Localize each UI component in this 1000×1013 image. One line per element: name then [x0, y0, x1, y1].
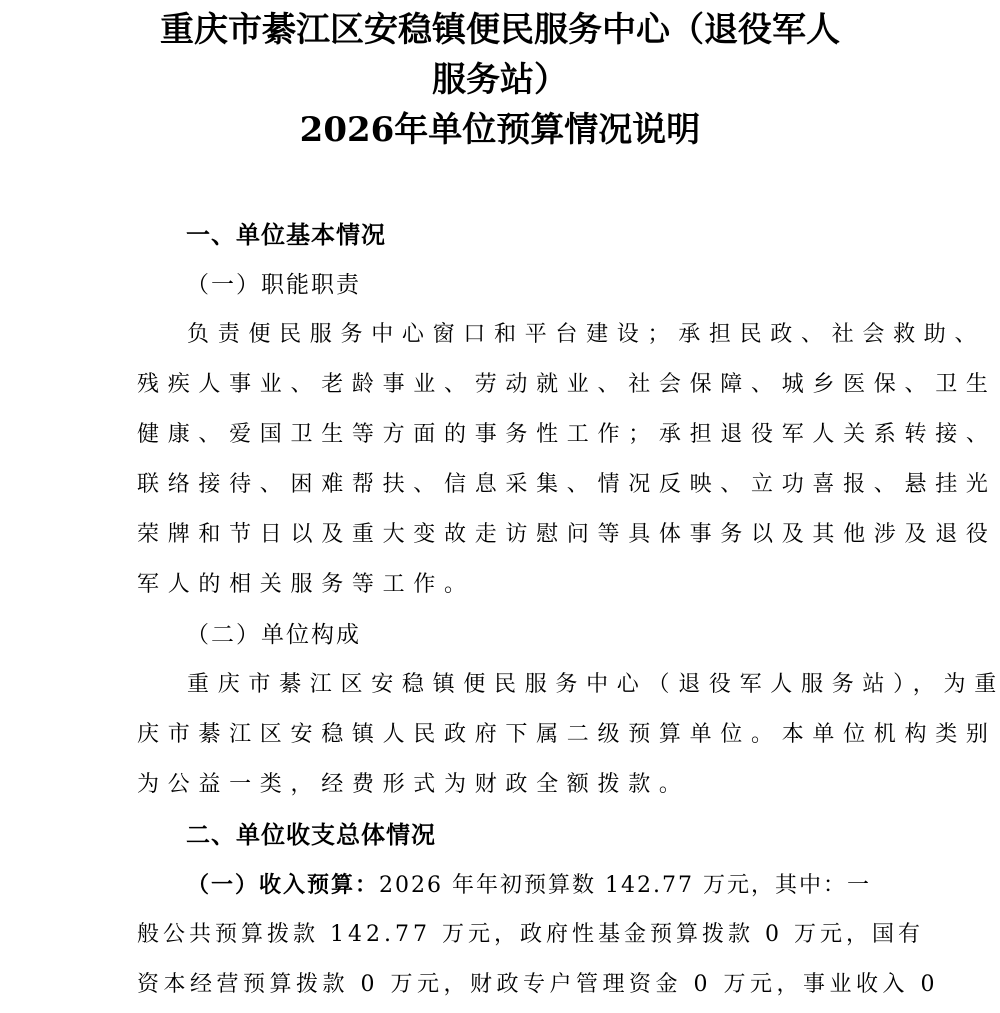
- document-page: 重庆市綦江区安稳镇便民服务中心（退役军人 服务站） 2026年单位预算情况说明 …: [0, 0, 1000, 1013]
- income-budget-text: 2026 年年初预算数 142.77 万元，其中：一: [379, 873, 871, 898]
- paragraph-line: 为公益一类，经费形式为财政全额拨款。: [137, 770, 882, 800]
- paragraph-line: 军人的相关服务等工作。: [137, 570, 882, 600]
- paragraph-line: 庆市綦江区安稳镇人民政府下属二级预算单位。本单位机构类别: [137, 720, 882, 750]
- document-title-line-1: 重庆市綦江区安稳镇便民服务中心（退役军人: [0, 10, 1000, 50]
- document-title-line-3: 2026年单位预算情况说明: [0, 110, 1000, 150]
- section-heading-budget-overview: 二、单位收支总体情况: [186, 820, 436, 850]
- paragraph-line: 联络接待、困难帮扶、信息采集、情况反映、立功喜报、悬挂光: [137, 470, 882, 500]
- paragraph-line: 负责便民服务中心窗口和平台建设；承担民政、社会救助、: [187, 320, 932, 350]
- paragraph-line: 般公共预算拨款 142.77 万元，政府性基金预算拨款 0 万元，国有: [137, 920, 882, 950]
- income-budget-label: （一）收入预算：: [187, 872, 379, 898]
- section-heading-basic-info: 一、单位基本情况: [186, 220, 386, 250]
- paragraph-line: 健康、爱国卫生等方面的事务性工作；承担退役军人关系转接、: [137, 420, 882, 450]
- subsection-heading-functions: （一）职能职责: [186, 270, 361, 300]
- paragraph-line: 重庆市綦江区安稳镇便民服务中心（退役军人服务站），为重: [187, 670, 932, 700]
- paragraph-line: 资本经营预算拨款 0 万元，财政专户管理资金 0 万元，事业收入 0: [137, 970, 882, 1000]
- paragraph-line: 荣牌和节日以及重大变故走访慰问等具体事务以及其他涉及退役: [137, 520, 882, 550]
- document-title-line-2: 服务站）: [0, 60, 1000, 100]
- paragraph-line: 残疾人事业、老龄事业、劳动就业、社会保障、城乡医保、卫生: [137, 370, 882, 400]
- paragraph-line-income: （一）收入预算：2026 年年初预算数 142.77 万元，其中：一: [187, 870, 932, 901]
- subsection-heading-composition: （二）单位构成: [186, 620, 361, 650]
